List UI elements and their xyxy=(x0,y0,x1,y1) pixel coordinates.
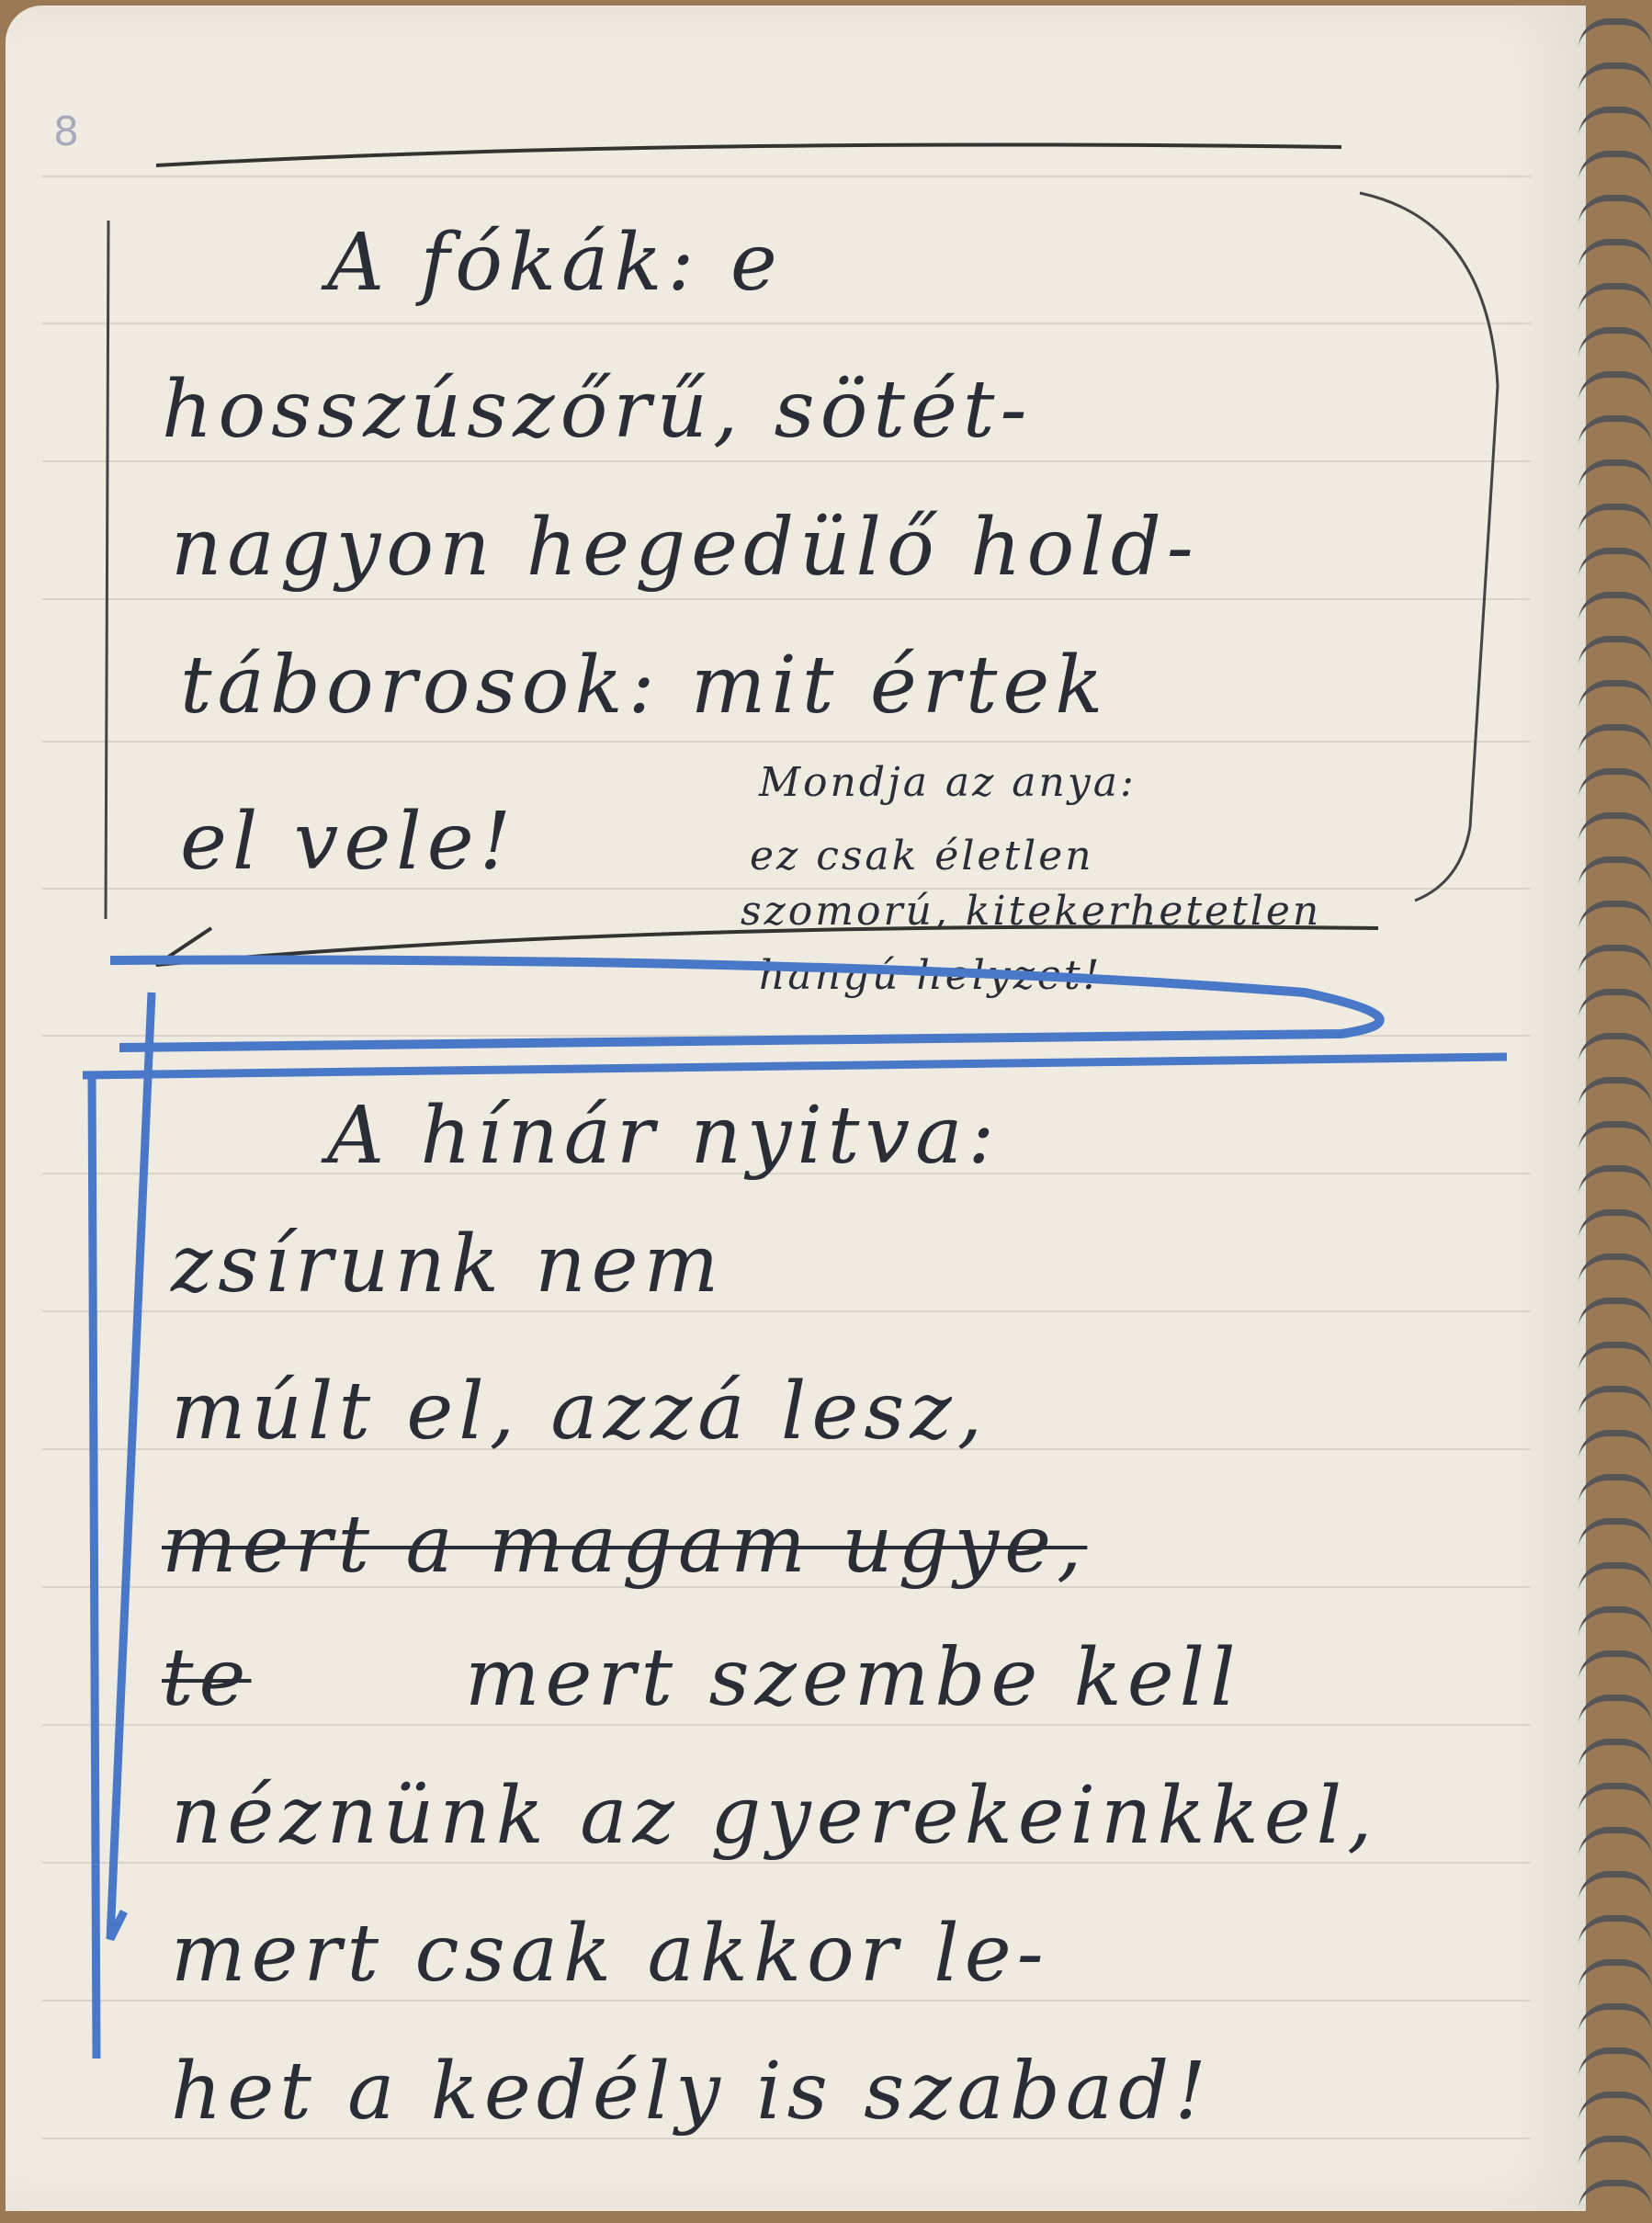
blue-divider-stroke xyxy=(110,959,1380,1048)
pen-strokes xyxy=(0,0,1652,2223)
top-bracket-line xyxy=(156,145,1341,166)
blue-inner-margin-line xyxy=(110,992,152,1939)
blue-outer-margin-line xyxy=(92,1075,96,2059)
blue-horizontal-line xyxy=(83,1057,1507,1075)
box-right-brace xyxy=(1360,193,1498,901)
box-left-line xyxy=(106,221,108,919)
spiral-binding xyxy=(1569,0,1652,2223)
